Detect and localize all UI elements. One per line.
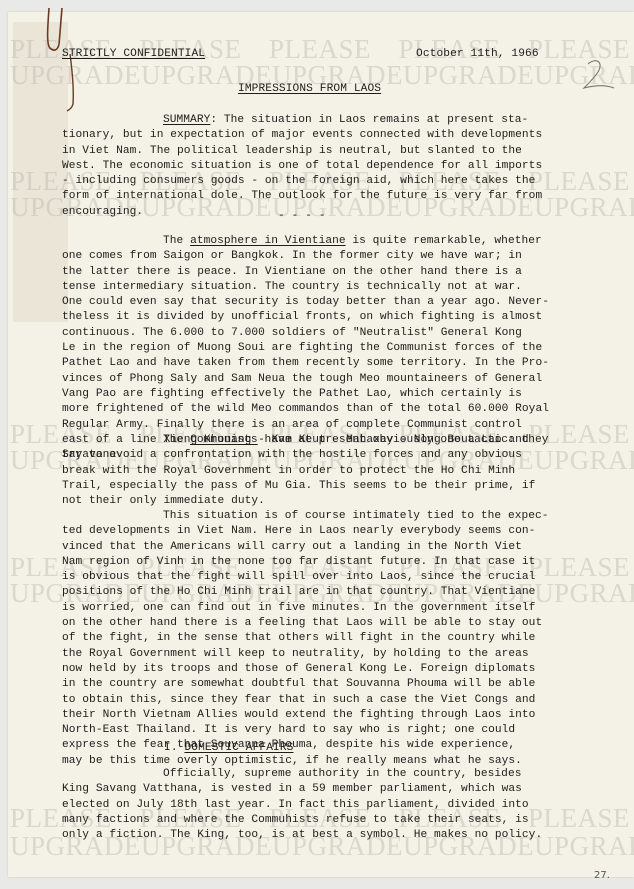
text-line: One could even say that security is toda… <box>62 295 622 310</box>
text-line: Vang Pao are fighting effectively the Pa… <box>62 387 622 402</box>
text-line: on the other hand there is a feeling tha… <box>62 616 622 631</box>
text-line: to obtain this, since they fear that in … <box>62 693 622 708</box>
text-line: the Royal Government will keep to neutra… <box>62 647 622 662</box>
text-line: The atmosphere in Vientiane is quite rem… <box>62 234 622 249</box>
text-line: This situation is of course intimately t… <box>62 509 622 524</box>
text-line: Pathet Lao and have taken from them rece… <box>62 356 622 371</box>
text-span: : The situation in Laos remains at prese… <box>210 114 528 126</box>
section-heading: I. DOMESTIC AFFAIRS <box>164 741 293 756</box>
text-line: express the fear that Souvanna Phouma, d… <box>62 738 622 753</box>
underlined-phrase: Communists <box>190 434 258 446</box>
text-span: This situation is of course intimately t… <box>163 510 549 522</box>
communists-paragraph: The Communists have at present obviously… <box>62 433 622 509</box>
text-line: only a fiction. The King, too, is at bes… <box>62 828 622 843</box>
text-line: vinces of Phong Saly and Sam Neua the to… <box>62 372 622 387</box>
underlined-phrase: atmosphere in Vientiane <box>190 235 346 247</box>
text-line: - including consumers goods - on the for… <box>62 174 622 189</box>
atmosphere-paragraph: The atmosphere in Vientiane is quite rem… <box>62 234 622 463</box>
document-title: IMPRESSIONS FROM LAOS <box>238 82 381 97</box>
classification-label: STRICTLY CONFIDENTIAL <box>62 47 205 62</box>
text-line: now held by its troops and those of Gene… <box>62 662 622 677</box>
text-span: have at present obviously one tactic: th… <box>258 434 549 446</box>
text-line: form of international dole. The outlook … <box>62 189 622 204</box>
text-line: West. The economic situation is one of t… <box>62 159 622 174</box>
text-line: in Viet Nam. The political leadership is… <box>62 144 622 159</box>
text-line: vinced that the Americans will carry out… <box>62 540 622 555</box>
text-line: North-East Thailand. It is very hard to … <box>62 723 622 738</box>
text-line: is worried, one can find out in five min… <box>62 601 622 616</box>
text-line: King Savang Vatthana, is vested in a 59 … <box>62 782 622 797</box>
text-line: break with the Royal Government in order… <box>62 464 622 479</box>
text-line: SUMMARY: The situation in Laos remains a… <box>62 113 622 128</box>
text-line: not their only immediate duty. <box>62 494 622 509</box>
text-line: encouraging. <box>62 205 622 220</box>
section-number: I. <box>164 742 184 754</box>
text-line: try to avoid a confrontation with the ho… <box>62 448 622 463</box>
text-line: Officially, supreme authority in the cou… <box>62 767 622 782</box>
text-line: elected on July 18th last year. In fact … <box>62 798 622 813</box>
text-line: is obvious that the fight will spill ove… <box>62 570 622 585</box>
text-span: is quite remarkable, whether <box>346 235 542 247</box>
text-line: their North Vietnam Allies would extend … <box>62 708 622 723</box>
situation-paragraph: This situation is of course intimately t… <box>62 509 622 769</box>
section-separator: - - - - <box>278 209 326 224</box>
summary-label: SUMMARY <box>163 114 210 126</box>
section-title: DOMESTIC AFFAIRS <box>184 742 293 754</box>
text-line: ted developments in Viet Nam. Here in La… <box>62 524 622 539</box>
text-line: in the country are somewhat doubtful tha… <box>62 677 622 692</box>
text-line: The Communists have at present obviously… <box>62 433 622 448</box>
text-line: many factions and where the Commuhists r… <box>62 813 622 828</box>
text-line: one comes from Saigon or Bangkok. In the… <box>62 249 622 264</box>
document-date: October 11th, 1966 <box>416 47 539 62</box>
domestic-affairs-paragraph: Officially, supreme authority in the cou… <box>62 767 622 843</box>
text-span: Officially, supreme authority in the cou… <box>163 768 521 780</box>
text-line: Le in the region of Muong Soui are fight… <box>62 341 622 356</box>
document-body: STRICTLY CONFIDENTIAL October 11th, 1966… <box>0 0 634 889</box>
summary-paragraph: SUMMARY: The situation in Laos remains a… <box>62 113 622 220</box>
text-span: The <box>163 235 190 247</box>
text-line: continuous. The 6.000 to 7.000 soldiers … <box>62 326 622 341</box>
text-line: of the fight, in the sense that others w… <box>62 631 622 646</box>
text-line: tionary, but in expectation of major eve… <box>62 128 622 143</box>
text-line: Regular Army. Finally there is an area o… <box>62 418 622 433</box>
text-line: positions of the Ho Chi Minh trail are i… <box>62 585 622 600</box>
page-number: 27. <box>594 870 610 881</box>
text-line: more frightened of the wild Meo commando… <box>62 402 622 417</box>
text-line: Trail, especially the pass of Mu Gia. Th… <box>62 479 622 494</box>
text-line: the latter there is peace. In Vientiane … <box>62 265 622 280</box>
text-line: theless it is divided by unofficial fron… <box>62 310 622 325</box>
text-span: The <box>163 434 190 446</box>
text-line: Nam region of Vinh in the none too far d… <box>62 555 622 570</box>
text-line: tense intermediary situation. The countr… <box>62 280 622 295</box>
